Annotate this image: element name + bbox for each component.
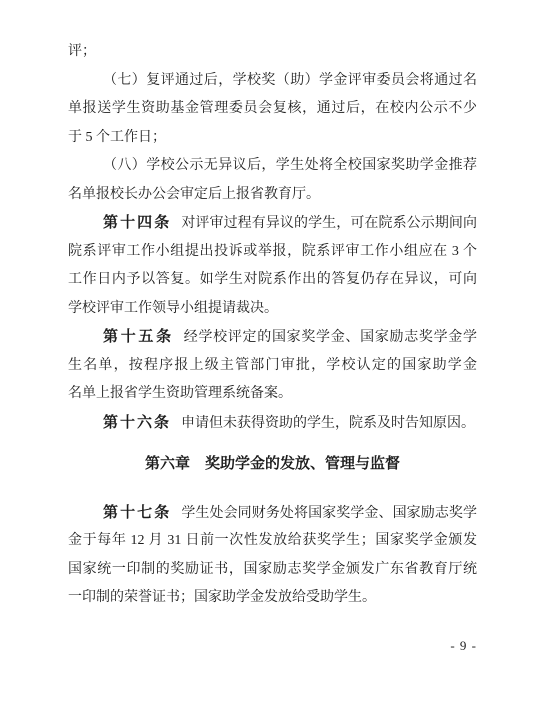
clause-number: 第十四条 (103, 214, 171, 231)
text-line: 单报送学生资助基金管理委员会复核，通过后，在校内公示不少 (68, 95, 477, 124)
text-line: 第十五条经学校评定的国家奖学金、国家励志奖学金学 (68, 323, 477, 352)
clause-text: 经学校评定的国家奖学金、国家励志奖学金学 (184, 330, 477, 345)
clause-number: 第十六条 (103, 414, 171, 431)
clause-number: 第十五条 (103, 328, 174, 345)
text-line: 国家统一印制的奖励证书，国家励志奖学金颁发广东省教育厅统 (68, 556, 477, 585)
clause-text: 对评审过程有异议的学生，可在院系公示期间向 (181, 216, 477, 231)
text-line: 名单上报省学生资助管理系统备案。 (68, 380, 477, 409)
clause-text: 申请但未获得资助的学生，院系及时告知原因。 (181, 416, 475, 431)
text-line: 于 5 个工作日； (68, 124, 477, 153)
document-page: 评；（七）复评通过后，学校奖（助）学金评审委员会将通过名单报送学生资助基金管理委… (0, 0, 546, 702)
text-line: 一印制的荣誉证书；国家助学金发放给受助学生。 (68, 584, 477, 613)
text-line: 评； (68, 38, 477, 67)
text-line: 金于每年 12 月 31 日前一次性发放给获奖学生；国家奖学金颁发 (68, 527, 477, 556)
text-line: 第十六条申请但未获得资助的学生，院系及时告知原因。 (68, 409, 477, 438)
text-line: 工作日内予以答复。如学生对院系作出的答复仍存在异议，可向 (68, 266, 477, 295)
clause-number: 第十七条 (103, 504, 171, 521)
document-body: 评；（七）复评通过后，学校奖（助）学金评审委员会将通过名单报送学生资助基金管理委… (68, 38, 477, 613)
text-line: 第十四条对评审过程有异议的学生，可在院系公示期间向 (68, 209, 477, 238)
text-line: （七）复评通过后，学校奖（助）学金评审委员会将通过名 (68, 67, 477, 96)
text-line: 生名单，按程序报上级主管部门审批，学校认定的国家助学金 (68, 352, 477, 381)
text-line: 学校评审工作领导小组提请裁决。 (68, 295, 477, 324)
text-line: 名单报校长办公会审定后上报省教育厅。 (68, 181, 477, 210)
text-line: 院系评审工作小组提出投诉或举报，院系评审工作小组应在 3 个 (68, 238, 477, 267)
text-line: （八）学校公示无异议后，学生处将全校国家奖助学金推荐 (68, 152, 477, 181)
text-line: 第十七条学生处会同财务处将国家奖学金、国家励志奖学 (68, 499, 477, 528)
page-number: - 9 - (450, 638, 477, 654)
clause-text: 学生处会同财务处将国家奖学金、国家励志奖学 (181, 506, 477, 521)
chapter-heading: 第六章 奖助学金的发放、管理与监督 (68, 450, 477, 479)
